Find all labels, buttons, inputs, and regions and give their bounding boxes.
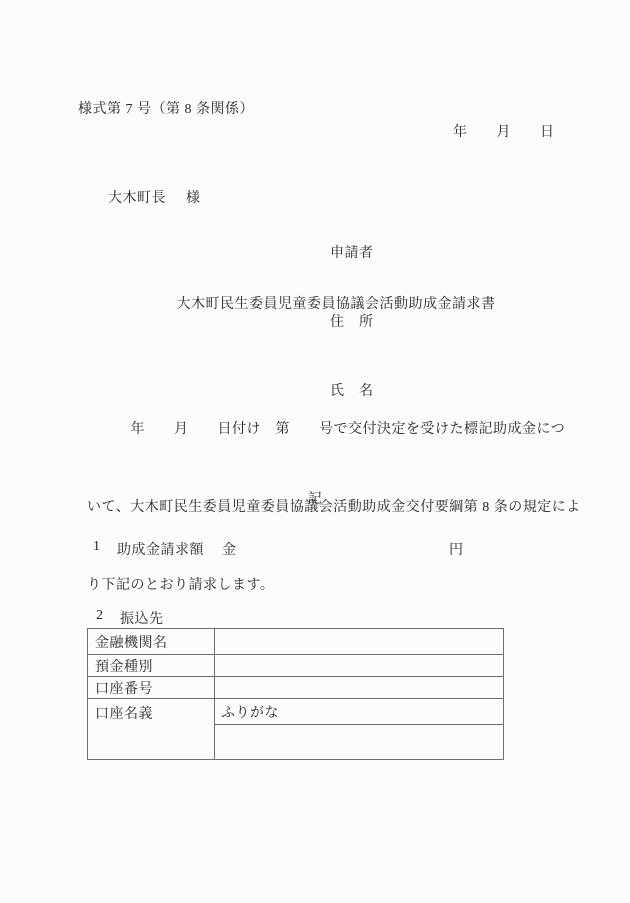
body-line-3: り下記のとおり請求します。 [87, 573, 581, 599]
addressee-name: 大木町長 [108, 191, 166, 206]
row-label-deposit-type: 預金種別 [88, 655, 215, 677]
item2-number: 2 [96, 608, 104, 624]
table-row-deposit-type: 預金種別 [88, 655, 504, 677]
body-line-1: 年 月 日付け 第 号で交付決定を受けた標記助成金につ [87, 417, 581, 443]
table-row-account-holder: 口座名義 ふりがな [88, 699, 504, 725]
table-row-bank-name: 金融機関名 [88, 629, 504, 655]
currency-suffix: 円 [449, 539, 464, 559]
row-label-account-holder: 口座名義 [88, 699, 215, 760]
item2-label: 振込先 [120, 608, 164, 628]
account-holder-value-cell [215, 725, 504, 760]
document-title: 大木町民生委員児童委員協議会活動助成金請求書 [0, 293, 630, 313]
applicant-address-label: 住 所 [330, 311, 374, 334]
furigana-cell: ふりがな [215, 699, 504, 725]
section-mark: 記 [0, 488, 630, 508]
date-line: 年 月 日 [453, 121, 555, 141]
addressee-honorific: 様 [186, 191, 201, 206]
transfer-table: 金融機関名 預金種別 口座番号 口座名義 ふりがな [87, 628, 504, 760]
form-number: 様式第 7 号（第 8 条関係） [78, 98, 254, 118]
applicant-label: 申請者 [330, 242, 374, 265]
bank-name-value-cell [215, 629, 504, 655]
row-label-bank-name: 金融機関名 [88, 629, 215, 655]
row-label-account-number: 口座番号 [88, 677, 215, 699]
currency-prefix: 金 [222, 539, 237, 559]
deposit-type-value-cell [215, 655, 504, 677]
account-number-value-cell [215, 677, 504, 699]
item1-label: 助成金請求額 [117, 539, 204, 559]
document-page: 様式第 7 号（第 8 条関係） 年 月 日 大木町長様 申請者 住 所 氏 名… [0, 0, 630, 903]
item1-number: 1 [93, 539, 101, 555]
addressee-line: 大木町長様 [92, 171, 201, 223]
table-row-account-number: 口座番号 [88, 677, 504, 699]
